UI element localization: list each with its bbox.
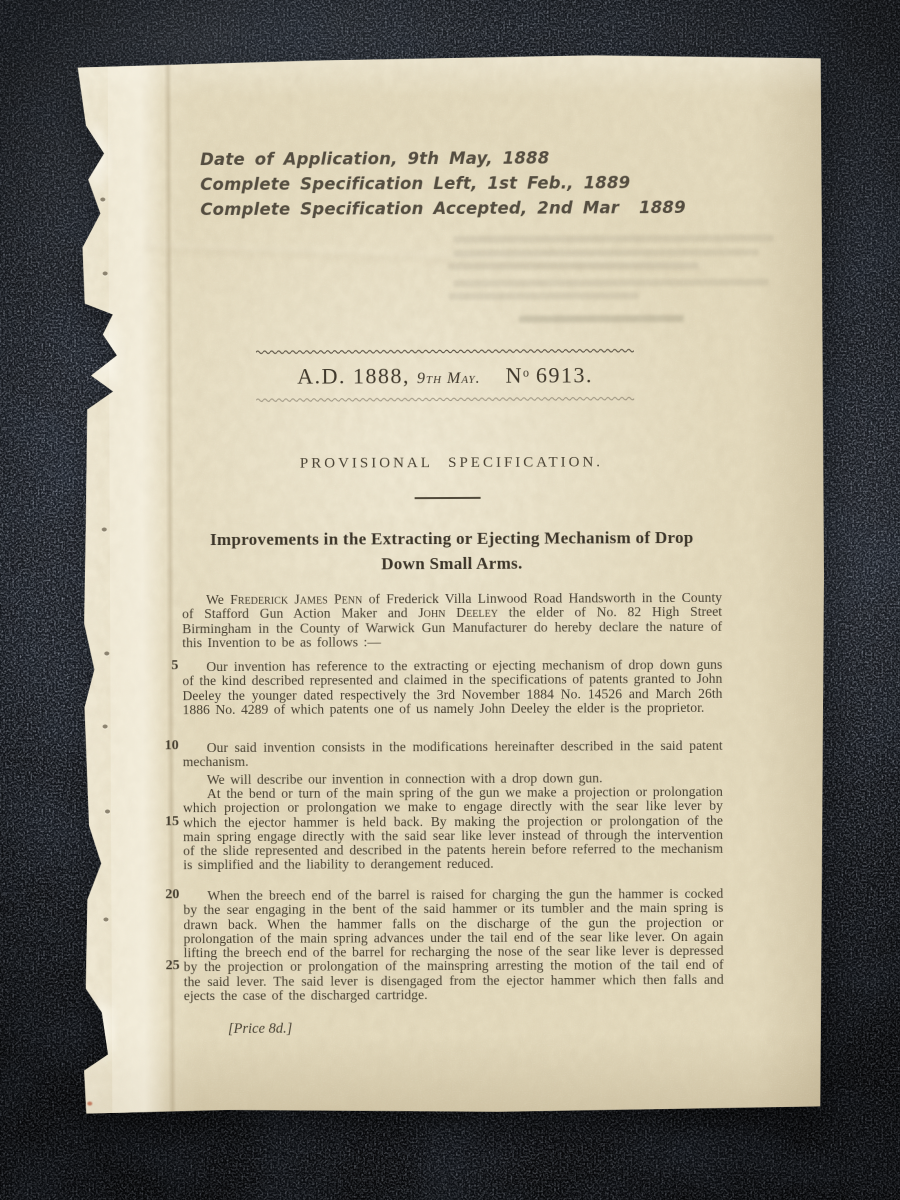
paragraph-modifications: Our said invention consists in the modif… bbox=[183, 739, 723, 770]
specification-body: We Frederick James Penn of Frederick Vil… bbox=[180, 55, 725, 1115]
document-page: Date of Application, 9th May, 1888 Compl… bbox=[74, 54, 827, 1115]
paragraph-operation: When the breech end of the barrel is rai… bbox=[183, 887, 723, 1004]
margin-line-number: 25 bbox=[150, 958, 180, 974]
margin-line-number: 15 bbox=[149, 814, 179, 830]
stitch-hole bbox=[103, 917, 108, 921]
applicant-name-penn: Frederick James Penn bbox=[230, 591, 362, 607]
paragraph-invention-reference: Our invention has reference to the extra… bbox=[182, 658, 722, 718]
red-corner-mark bbox=[87, 1102, 92, 1106]
fold-highlight bbox=[108, 57, 167, 1115]
price-note: [Price 8d.] bbox=[228, 1021, 293, 1038]
margin-line-number: 5 bbox=[148, 658, 178, 674]
red-edge-mark bbox=[92, 62, 150, 64]
paragraph-mainspring: At the bend or turn of the main spring o… bbox=[183, 785, 723, 873]
stitch-hole bbox=[103, 724, 108, 728]
stitch-hole bbox=[100, 198, 105, 202]
stitch-hole bbox=[103, 271, 108, 275]
torn-edge-highlight bbox=[81, 303, 127, 403]
stitch-hole bbox=[105, 809, 110, 813]
stitch-hole bbox=[102, 527, 107, 531]
margin-line-number: 20 bbox=[149, 887, 179, 903]
declaration-we: We bbox=[206, 592, 224, 607]
margin-line-number: 10 bbox=[149, 738, 179, 754]
torn-edge-highlight bbox=[84, 987, 120, 1067]
document-page-wrap: Date of Application, 9th May, 1888 Compl… bbox=[74, 54, 827, 1115]
torn-edge-highlight bbox=[78, 117, 114, 197]
stitch-hole bbox=[104, 651, 109, 655]
photo-scene: Date of Application, 9th May, 1888 Compl… bbox=[0, 0, 900, 1200]
paragraph-declaration: We Frederick James Penn of Frederick Vil… bbox=[182, 591, 722, 651]
applicant-name-deeley: John Deeley bbox=[418, 605, 498, 620]
